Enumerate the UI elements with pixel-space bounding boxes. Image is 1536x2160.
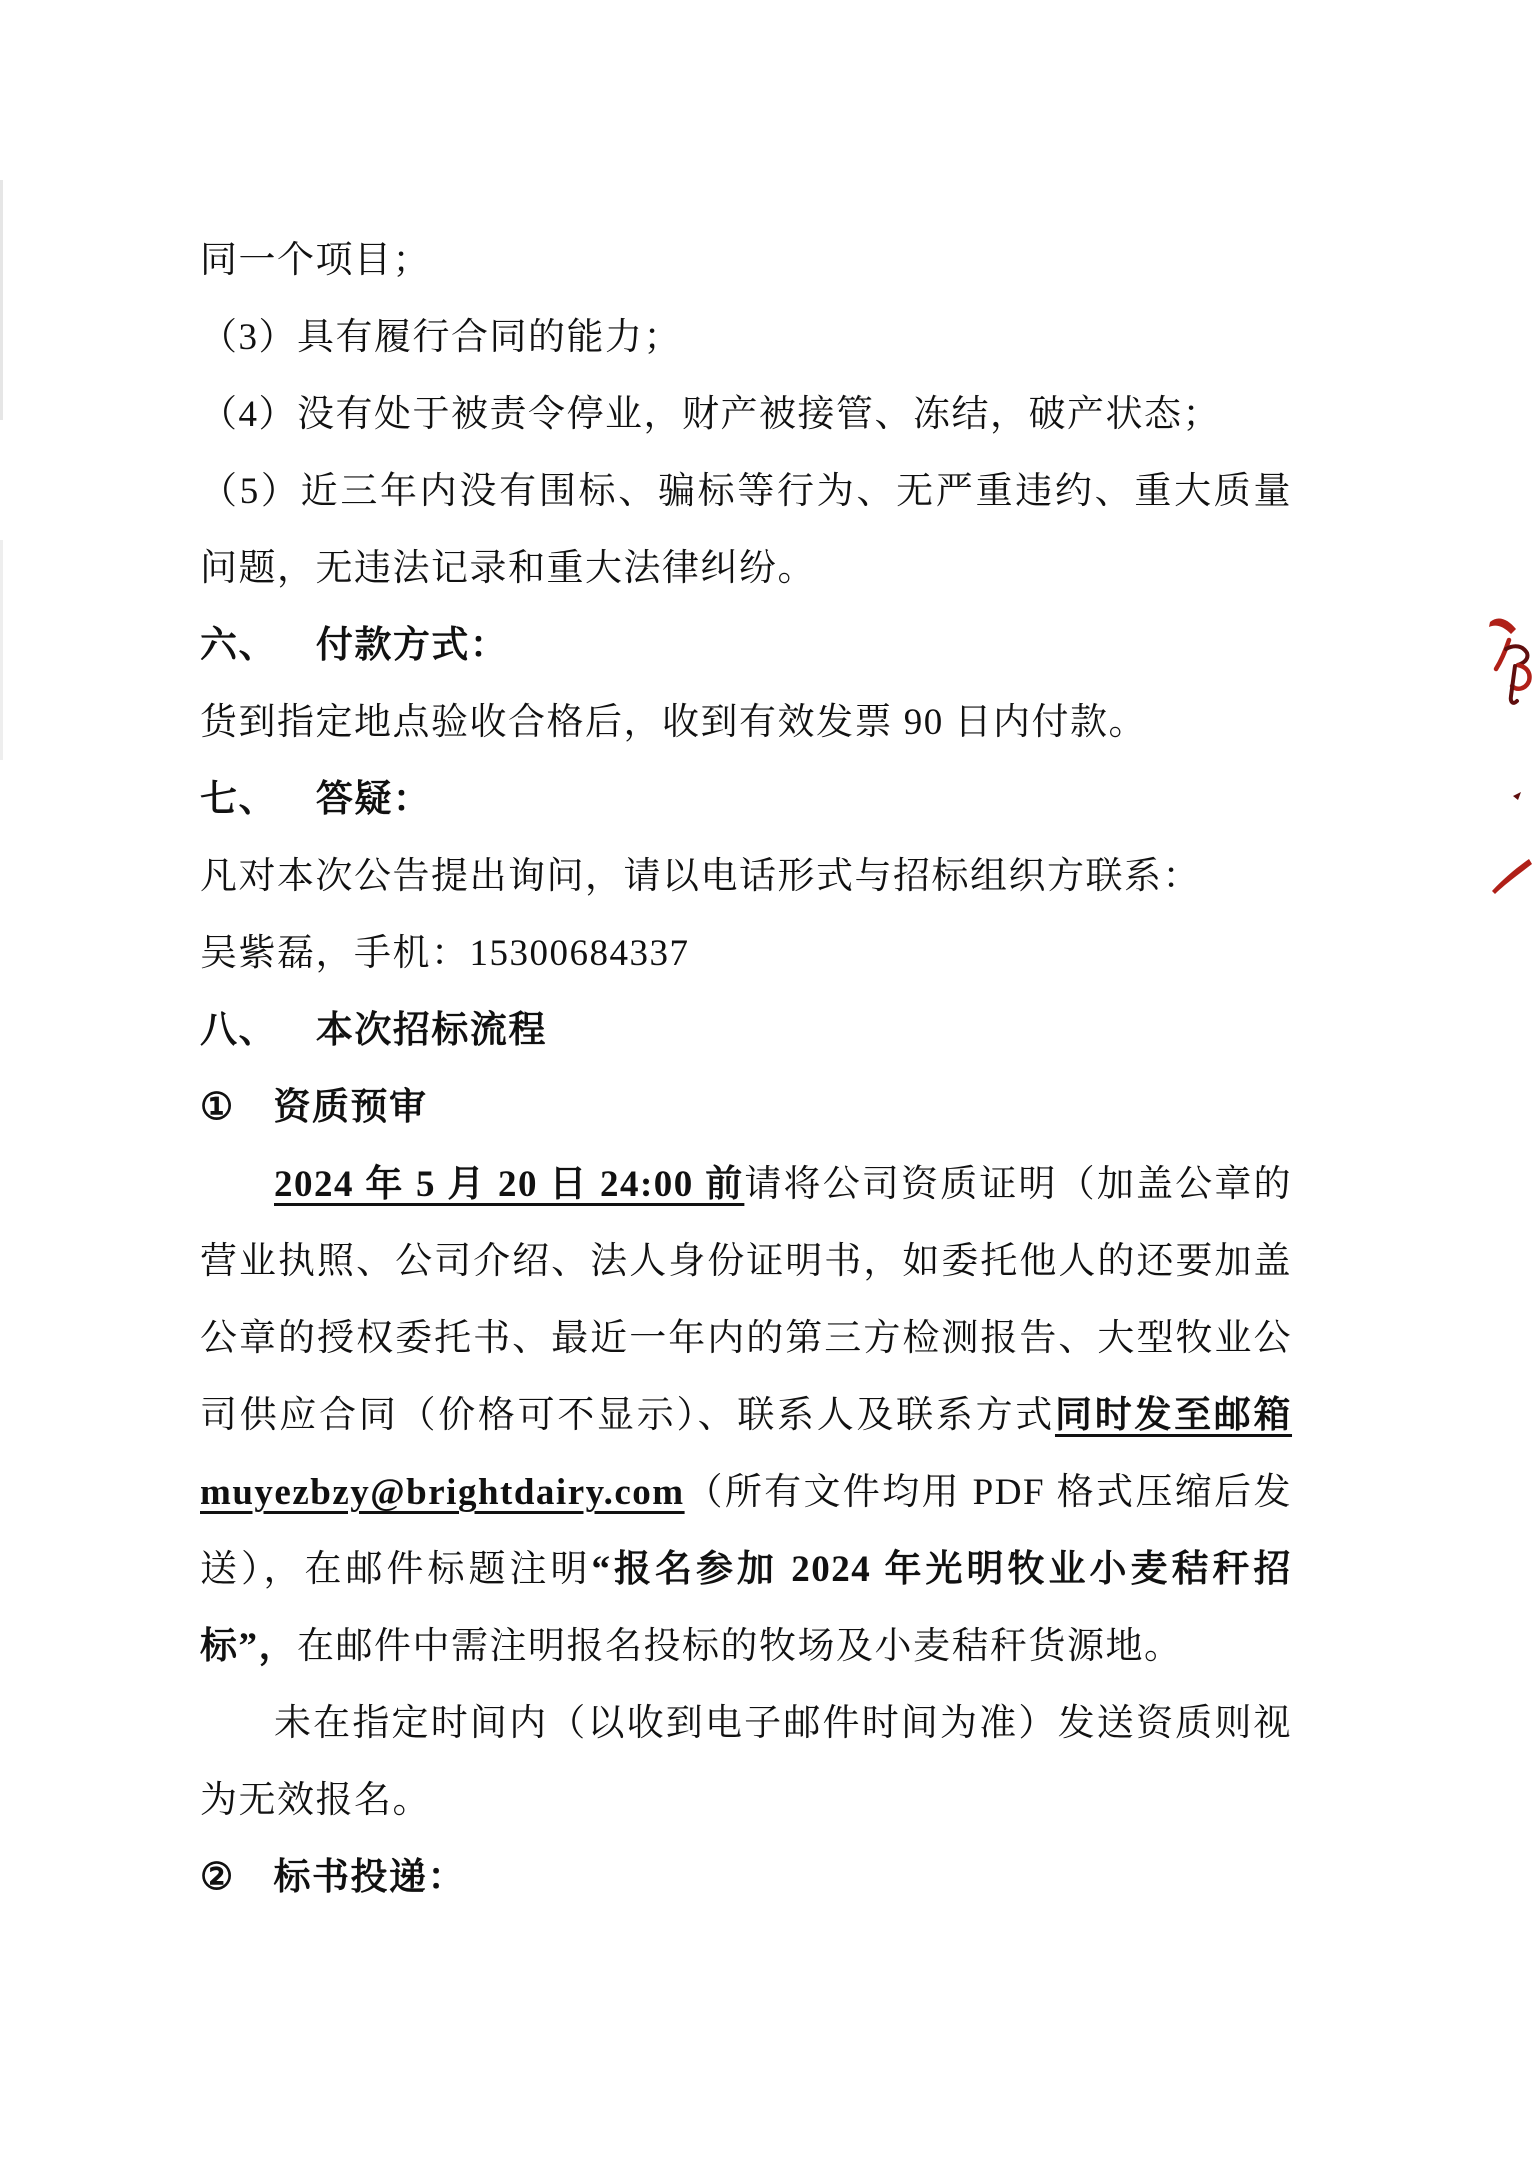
red-pen-slash-icon: [1492, 859, 1532, 894]
text-segment: 同一个项目；: [200, 240, 431, 281]
contact-phone-number: 15300684337: [470, 933, 690, 974]
paragraph: 同一个项目；: [200, 222, 1292, 299]
section-title-qa: 答疑：: [316, 779, 432, 820]
text-segment: 未在指定时间内（以收到电子邮件时间为准）发送资质则视为无效报名。: [200, 1703, 1292, 1821]
step-title-bid-delivery: 标书投递：: [274, 1857, 467, 1898]
section-title-payment: 付款方式：: [316, 625, 509, 666]
paragraph: 2024 年 5 月 20 日 24:00 前请将公司资质证明（加盖公章的营业执…: [200, 1146, 1292, 1685]
email-address: muyezbzy@brightdairy.com: [200, 1472, 685, 1513]
red-pen-dash-icon: [1489, 618, 1516, 634]
text-segment: 货到指定地点验收合格后，收到有效发票 90 日内付款。: [200, 702, 1147, 743]
text-segment: 同时发至邮箱: [1055, 1395, 1292, 1436]
paragraph: 货到指定地点验收合格后，收到有效发票 90 日内付款。: [200, 684, 1292, 761]
heading-number: 七、: [200, 779, 277, 820]
deadline-datetime: 2024 年 5 月 20 日 24:00 前: [274, 1164, 744, 1205]
scan-edge-artifact: [0, 540, 3, 760]
red-pen-scribble-icon: [1496, 640, 1530, 703]
red-pen-tick-icon: [1513, 792, 1521, 800]
section-heading: ②标书投递：: [200, 1839, 1292, 1916]
step-title-prequalification: 资质预审: [274, 1087, 428, 1128]
document-page: 同一个项目；（3）具有履行合同的能力；（4）没有处于被责令停业，财产被接管、冻结…: [0, 0, 1536, 2160]
text-segment: 在邮件中需注明报名投标的牧场及小麦秸秆货源地。: [297, 1626, 1183, 1667]
section-heading: 七、答疑：: [200, 761, 1292, 838]
text-segment: （4）没有处于被责令停业，财产被接管、冻结，破产状态；: [200, 394, 1221, 435]
text-segment: （3）具有履行合同的能力；: [200, 317, 682, 358]
heading-number: ②: [200, 1857, 235, 1898]
document-body: 同一个项目；（3）具有履行合同的能力；（4）没有处于被责令停业，财产被接管、冻结…: [200, 222, 1292, 1916]
paragraph: （4）没有处于被责令停业，财产被接管、冻结，破产状态；: [200, 376, 1292, 453]
contact-name-label: 吴紫磊，手机：: [200, 933, 470, 974]
paragraph: 未在指定时间内（以收到电子邮件时间为准）发送资质则视为无效报名。: [200, 1685, 1292, 1839]
section-heading: 八、本次招标流程: [200, 992, 1292, 1069]
paragraph: 吴紫磊，手机：15300684337: [200, 915, 1292, 992]
section-heading: 六、付款方式：: [200, 607, 1292, 684]
heading-number: ①: [200, 1087, 235, 1128]
section-title-process: 本次招标流程: [316, 1010, 547, 1051]
text-segment: 凡对本次公告提出询问，请以电话形式与招标组织方联系：: [200, 856, 1201, 897]
heading-number: 六、: [200, 625, 277, 666]
paragraph: 凡对本次公告提出询问，请以电话形式与招标组织方联系：: [200, 838, 1292, 915]
red-pen-annotations: [1484, 600, 1536, 900]
paragraph: （5）近三年内没有围标、骗标等行为、无严重违约、重大质量问题，无违法记录和重大法…: [200, 453, 1292, 607]
heading-number: 八、: [200, 1010, 277, 1051]
text-segment: （5）近三年内没有围标、骗标等行为、无严重违约、重大质量问题，无违法记录和重大法…: [200, 471, 1292, 589]
paragraph: （3）具有履行合同的能力；: [200, 299, 1292, 376]
scan-edge-artifact: [0, 180, 3, 420]
section-heading: ①资质预审: [200, 1069, 1292, 1146]
